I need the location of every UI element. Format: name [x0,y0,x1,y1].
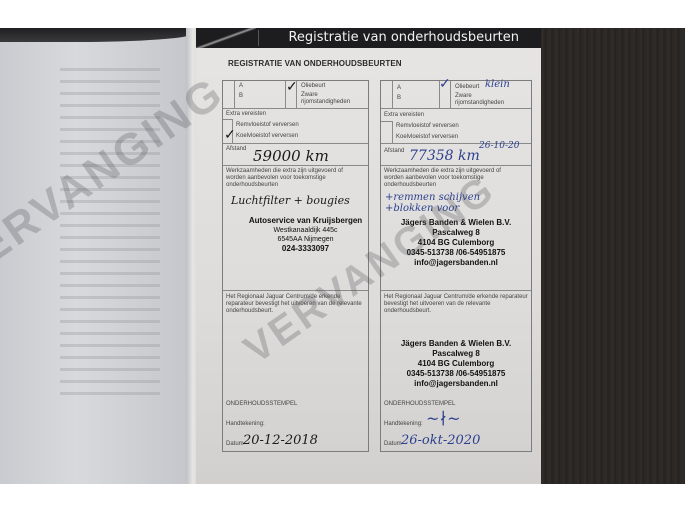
extra-row: Extra vereisten ✓ Remvloeistof verversen… [223,109,368,144]
label-zware: Zware [455,93,472,99]
stamp-line: Autoservice van Kruijsbergen [233,216,378,226]
label-koelvloeistof: Koelvloeistof verversen [236,133,298,139]
signature-mark: ~∤~ [426,409,460,428]
label-b: B [397,95,401,101]
label-afstand: Afstand [226,146,246,152]
label-handtekening: Handtekening: [384,421,423,427]
extra-checkbox [381,121,393,143]
label-werkzaamheden: Werkzaamheden die extra zijn uitgevoerd … [226,168,346,189]
label-oliebeurt: Oliebeurt [301,83,325,89]
datum-value: 26-okt-2020 [401,433,480,448]
afstand-value: 59000 km [253,147,329,165]
check-icon: ✓ [286,78,298,95]
header-decoration [196,28,256,48]
label-datum: Datum [384,441,402,447]
label-remvloeistof: Remvloeistof verversen [396,123,459,129]
label-extra: Extra vereisten [226,111,266,117]
service-type-row: A B ✓ Oliebeurt Zware rijomstandigheden [223,81,368,109]
stamp-line: Westkanaaldijk 445c [233,226,378,235]
service-type-row: A B ✓ Oliebeurt klein Zware rijomstandig… [381,81,531,109]
label-a: A [397,85,401,91]
stamp-line: Pascalweg 8 [381,349,531,359]
label-extra: Extra vereisten [384,112,424,118]
workshop-stamp: Autoservice van Kruijsbergen Westkanaald… [233,216,378,254]
afstand-row: Afstand 77358 km 26-10-20 [381,144,531,166]
check-icon: ✓ [224,126,236,143]
stamp-line: Jägers Banden & Wielen B.V. [381,339,531,349]
afstand-row: Afstand 59000 km [223,144,368,166]
label-afstand: Afstand [384,148,404,154]
afstand-date: 26-10-20 [479,141,519,151]
section-title: REGISTRATIE VAN ONDERHOUDSBEURTEN [228,59,402,68]
stamp-line: info@jagersbanden.nl [381,379,531,389]
label-handtekening: Handtekening: [226,421,265,427]
label-zware: Zware [301,92,318,98]
page-shadow [0,28,192,42]
label-a: A [239,83,243,89]
label-onderhoudsstempel: ONDERHOUDSSTEMPEL [226,401,297,407]
label-koelvloeistof: Koelvloeistof verversen [396,134,458,140]
werkzaamheden-value: Luchtfilter + bougies [231,194,350,207]
booklet-photo: Registratie van onderhoudsbeurten REGIST… [0,28,685,484]
ab-box [381,81,393,109]
label-oliebeurt: Oliebeurt [455,84,479,90]
page-header-title: Registratie van onderhoudsbeurten [288,30,519,45]
label-onderhoudsstempel: ONDERHOUDSSTEMPEL [384,401,455,407]
page-header-bar: Registratie van onderhoudsbeurten [196,28,541,48]
stamp-line: 6545AA Nijmegen [233,235,378,244]
stamp-line: 4104 BG Culemborg [381,359,531,369]
label-bevestiging: Het Regionaal Jaguar Centrum/de erkende … [384,294,529,315]
header-divider [258,30,259,46]
bevestiging-row: Het Regionaal Jaguar Centrum/de erkende … [381,291,531,453]
wooden-table [541,28,685,484]
afstand-value: 77358 km [409,148,480,164]
label-rijomstandigheden: rijomstandigheden [455,100,504,106]
extra-row: Extra vereisten Remvloeistof verversen K… [381,109,531,144]
stamp-line: 0345-513738 /06-54951875 [381,369,531,379]
bottom-stamp: Jägers Banden & Wielen B.V. Pascalweg 8 … [381,339,531,389]
datum-value: 20-12-2018 [243,433,318,448]
label-b: B [239,93,243,99]
label-datum: Datum [226,441,244,447]
label-rijomstandigheden: rijomstandigheden [301,99,350,105]
label-remvloeistof: Remvloeistof verversen [236,122,299,128]
check-icon: ✓ [439,75,451,92]
oliebeurt-note: klein [485,79,510,90]
